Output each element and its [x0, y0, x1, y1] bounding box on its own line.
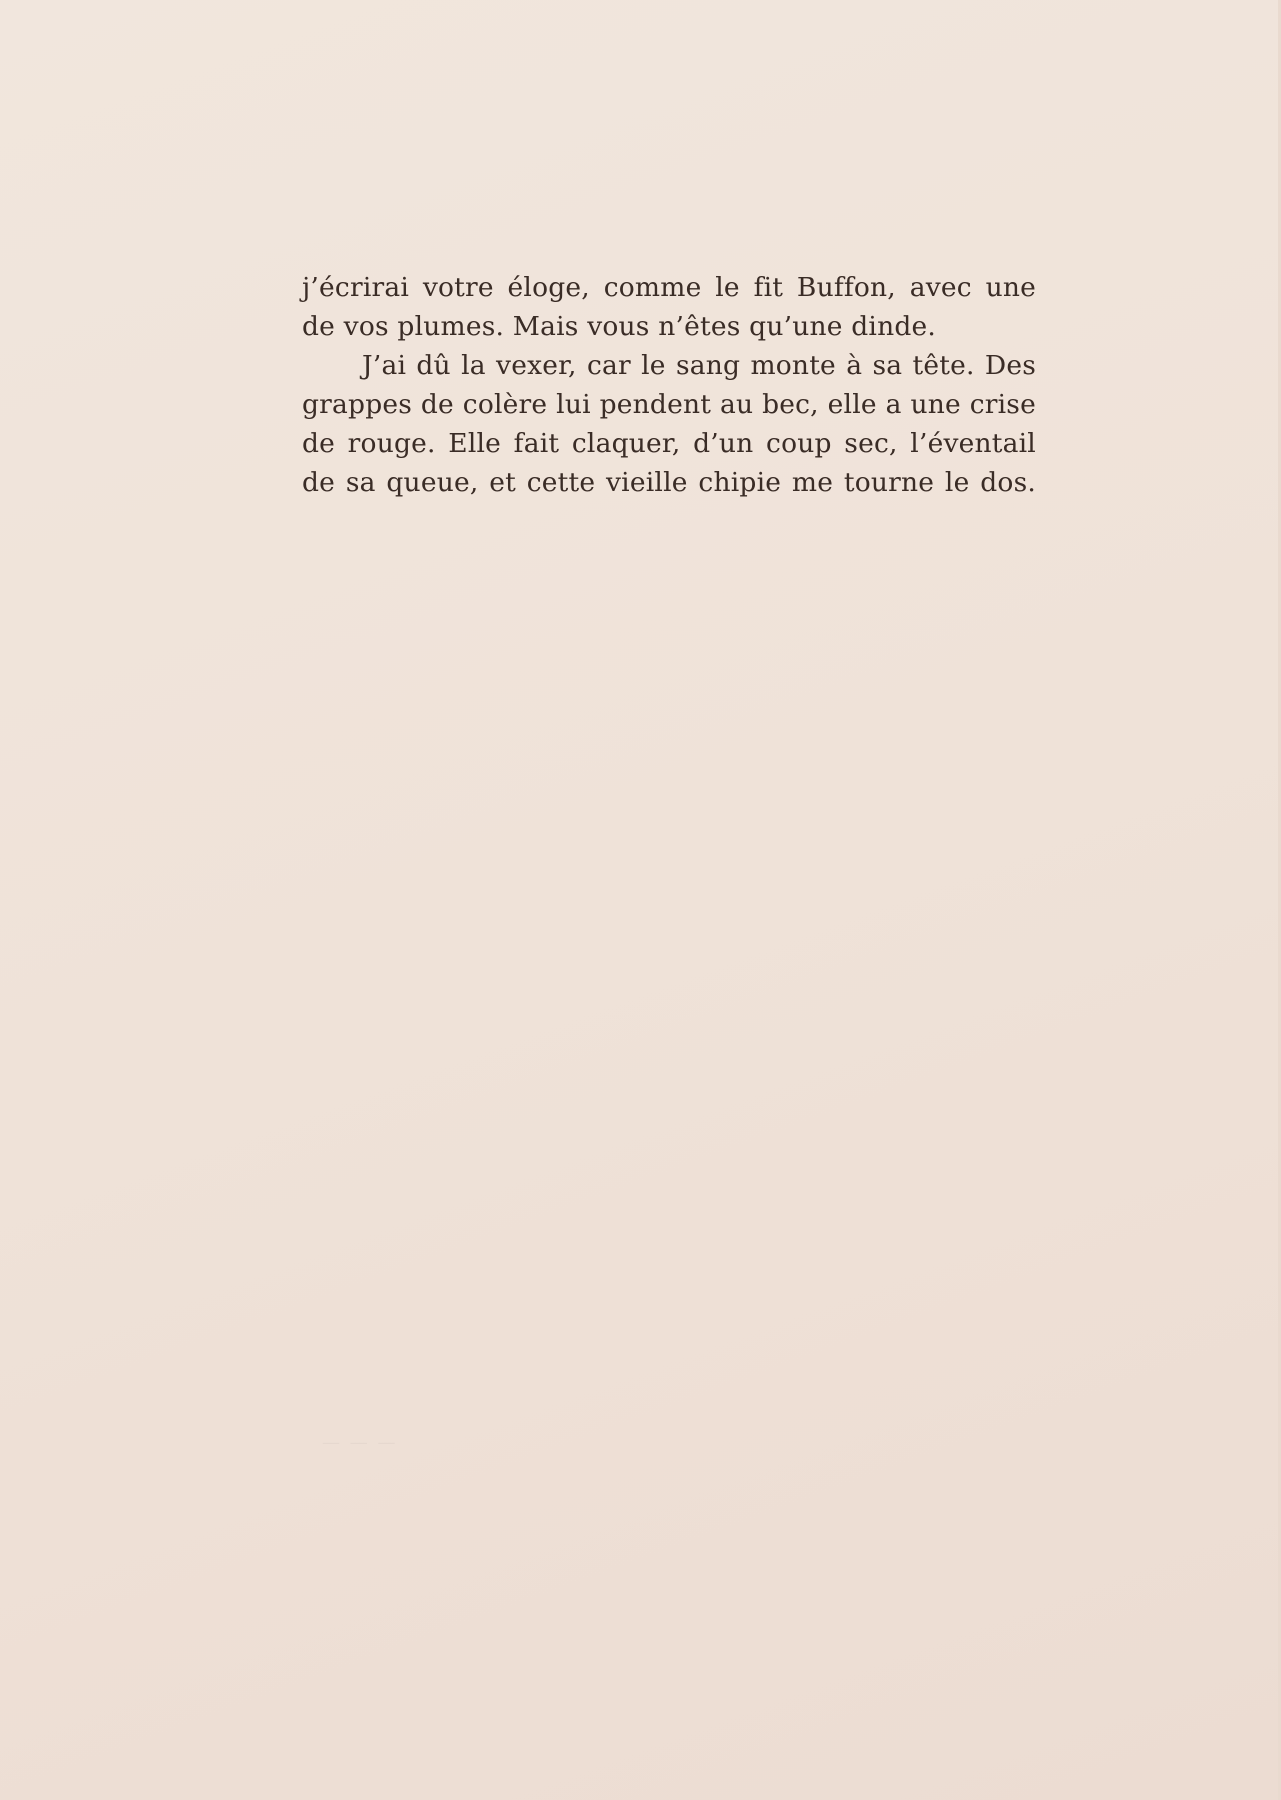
show-through-marks: — — — [322, 1432, 397, 1453]
body-text: j’écrirai votre éloge, comme le fit Buff… [302, 268, 1036, 502]
book-page: j’écrirai votre éloge, comme le fit Buff… [0, 0, 1281, 1800]
paragraph-1: j’écrirai votre éloge, comme le fit Buff… [302, 268, 1036, 346]
paragraph-2: J’ai dû la vexer, car le sang monte à sa… [302, 346, 1036, 502]
